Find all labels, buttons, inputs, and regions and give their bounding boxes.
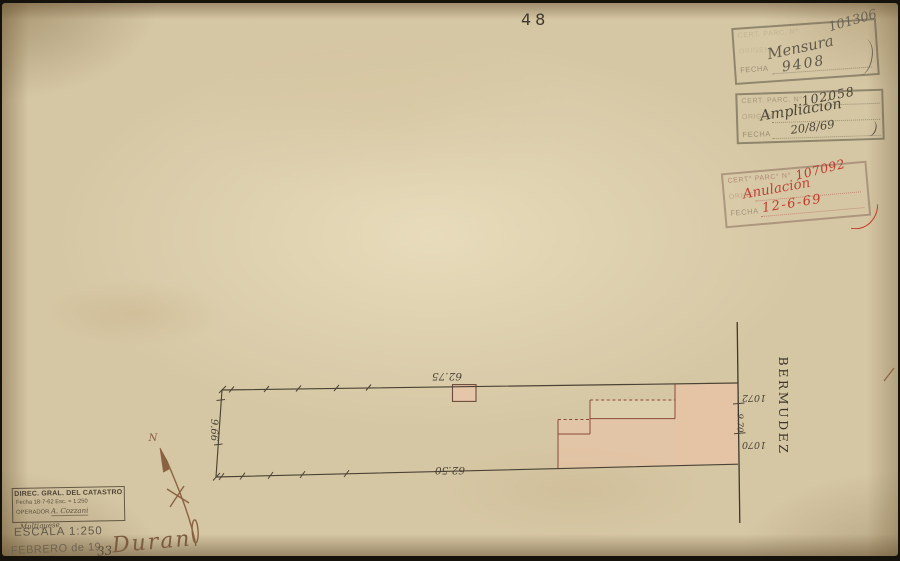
catastro-title: DIREC. GRAL. DEL CATASTRO	[13, 489, 124, 498]
certificate-stamp-2: CERT. PARC. N° ORIGEN FECHA 102058 Ampli…	[735, 89, 885, 145]
stamp1-field1-label: CERT. PARC. N°	[738, 28, 799, 39]
date-year-handwritten: 33	[96, 543, 113, 559]
page-number: 48	[521, 10, 549, 29]
catastro-office-stamp: DIREC. GRAL. DEL CATASTRO Fecha 18-7-62 …	[12, 486, 126, 523]
catastro-operator-row: OPERADOR A. Cozzani	[16, 506, 121, 516]
stamp2-field3-label: FECHA	[742, 129, 771, 139]
catastro-date-scale: Fecha 18-7-62 Esc. = 1:250	[16, 498, 121, 506]
stamp1-pen-flourish	[851, 38, 876, 77]
stamp1-field3-label: FECHA	[740, 64, 769, 75]
paper-sheet	[2, 3, 898, 556]
catastro-operator-label: OPERADOR	[16, 509, 49, 516]
certificate-stamp-1: CERT. PARC. N° ORIGEN FECHA 101306 Mensu…	[731, 18, 880, 85]
stamp3-field3-label: FECHA	[730, 206, 759, 217]
scanned-cadastral-plan: 48 62.75 62.50 9.66 9.70 1072 1070 BERMU…	[0, 0, 900, 561]
catastro-operator-name: A. Cozzani	[51, 507, 89, 517]
scale-stamp: ESCALA 1:250	[14, 525, 103, 539]
stamp2-date-handwritten: 20/8/69	[790, 117, 836, 137]
